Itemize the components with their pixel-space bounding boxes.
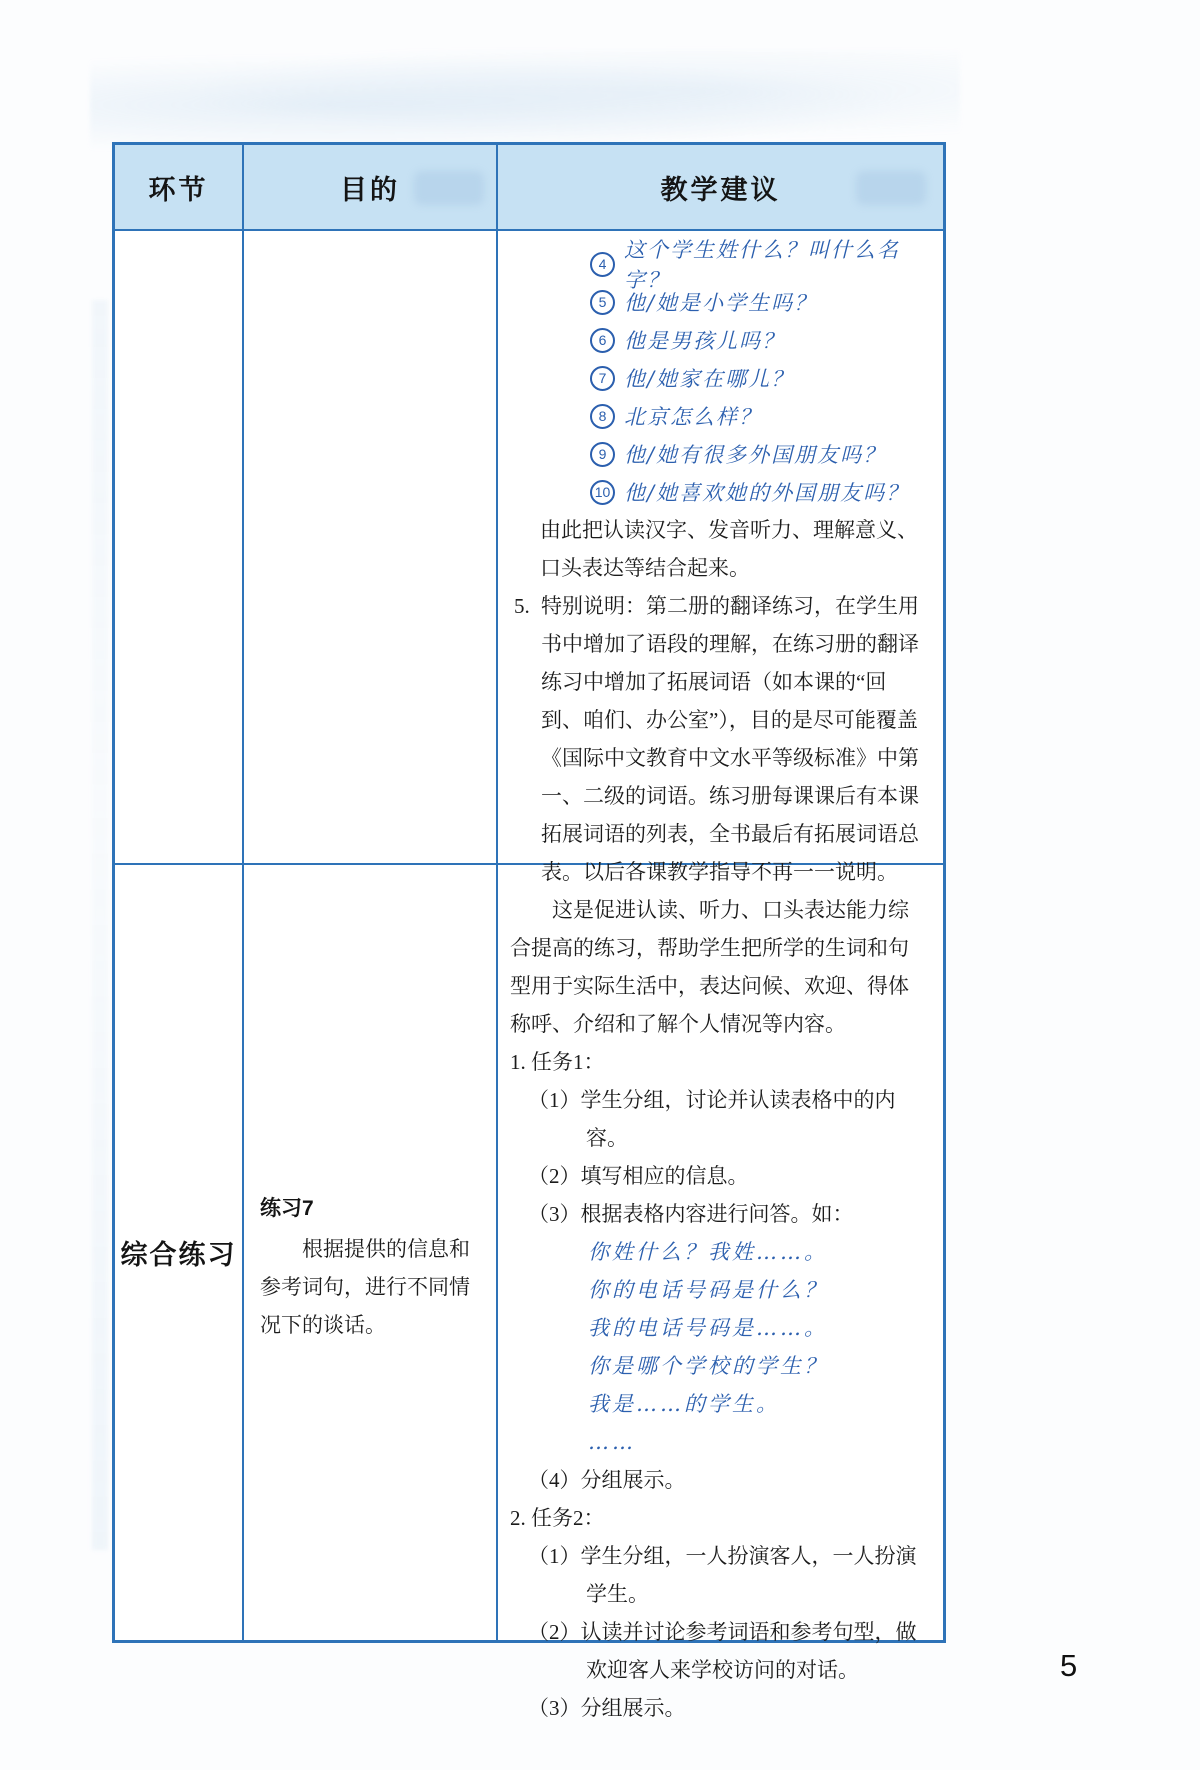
teaching-guide-table: 环节 目的 教学建议 4 这个学生姓什么？叫什么名字？ 5 他/她是小学生吗？ [112, 142, 946, 1643]
task1-step: （3）根据表格内容进行问答。如： [528, 1195, 929, 1233]
task1-step: （1）学生分组，讨论并认读表格中的内容。 [528, 1081, 929, 1157]
column-header-purpose-label: 目的 [340, 168, 400, 207]
example-sentence: 你姓什么？我姓……。 [588, 1233, 929, 1271]
purpose-cell-row1 [244, 231, 498, 865]
task1-step: （4）分组展示。 [528, 1461, 929, 1499]
question-text: 这个学生姓什么？叫什么名字？ [624, 234, 927, 294]
task2-step: （2）认读并讨论参考词语和参考句型，做欢迎客人来学校访问的对话。 [528, 1613, 929, 1689]
document-page: 环节 目的 教学建议 4 这个学生姓什么？叫什么名字？ 5 他/她是小学生吗？ [0, 0, 1200, 1770]
column-header-suggestions: 教学建议 [498, 145, 943, 231]
question-text: 北京怎么样？ [624, 401, 762, 431]
question-list: 4 这个学生姓什么？叫什么名字？ 5 他/她是小学生吗？ 6 他是男孩儿吗？ 7… [590, 245, 927, 511]
circled-number-icon: 4 [590, 252, 615, 277]
circled-number-icon: 9 [590, 442, 615, 467]
question-text: 他/她家在哪儿？ [624, 363, 794, 393]
circled-number-icon: 5 [590, 290, 615, 315]
scan-artifact [414, 171, 484, 205]
suggestions-cell-row1: 4 这个学生姓什么？叫什么名字？ 5 他/她是小学生吗？ 6 他是男孩儿吗？ 7… [498, 231, 943, 865]
question-text: 他/她有很多外国朋友吗？ [624, 439, 886, 469]
column-header-suggestions-label: 教学建议 [661, 168, 781, 207]
page-number: 5 [1060, 1648, 1077, 1684]
task2-label: 2. 任务2： [510, 1499, 929, 1537]
column-header-stage: 环节 [115, 145, 244, 231]
purpose-title: 练习7 [260, 1192, 484, 1222]
question-text: 他/她是小学生吗？ [624, 287, 817, 317]
question-item: 8 北京怎么样？ [590, 397, 927, 435]
stage-label: 综合练习 [121, 1233, 237, 1272]
task1-label: 1. 任务1： [510, 1043, 929, 1081]
question-item: 10 他/她喜欢她的外国朋友吗？ [590, 473, 927, 511]
circled-number-icon: 10 [590, 480, 615, 505]
purpose-text: 根据提供的信息和参考词句，进行不同情况下的谈话。 [260, 1230, 484, 1344]
column-header-stage-label: 环节 [149, 168, 209, 207]
circled-number-icon: 6 [590, 328, 615, 353]
scan-artifact [856, 171, 926, 205]
question-text: 他/她喜欢她的外国朋友吗？ [624, 477, 909, 507]
note-number: 5. [514, 587, 541, 891]
column-header-purpose: 目的 [244, 145, 498, 231]
note-text: 特别说明：第二册的翻译练习，在学生用书中增加了语段的理解，在练习册的翻译练习中增… [541, 587, 927, 891]
note-item: 5. 特别说明：第二册的翻译练习，在学生用书中增加了语段的理解，在练习册的翻译练… [514, 587, 927, 891]
stage-cell-row1 [115, 231, 244, 865]
question-item: 9 他/她有很多外国朋友吗？ [590, 435, 927, 473]
question-item: 6 他是男孩儿吗？ [590, 321, 927, 359]
purpose-cell-row2: 练习7 根据提供的信息和参考词句，进行不同情况下的谈话。 [244, 865, 498, 1640]
question-item: 7 他/她家在哪儿？ [590, 359, 927, 397]
task2-step: （1）学生分组，一人扮演客人，一人扮演学生。 [528, 1537, 929, 1613]
scan-artifact [90, 50, 960, 150]
question-text: 他是男孩儿吗？ [624, 325, 785, 355]
task1-step: （2）填写相应的信息。 [528, 1157, 929, 1195]
example-sentence: 你是哪个学校的学生？ [588, 1347, 929, 1385]
suggestions-cell-row2: 这是促进认读、听力、口头表达能力综合提高的练习，帮助学生把所学的生词和句型用于实… [498, 865, 943, 1640]
question-item: 4 这个学生姓什么？叫什么名字？ [590, 245, 927, 283]
circled-number-icon: 8 [590, 404, 615, 429]
example-sentence: 我是……的学生。 [588, 1385, 929, 1423]
task2-step: （3）分组展示。 [528, 1689, 929, 1727]
stage-cell-row2: 综合练习 [115, 865, 244, 1640]
circled-number-icon: 7 [590, 366, 615, 391]
example-sentence: …… [588, 1423, 929, 1461]
example-sentence: 我的电话号码是……。 [588, 1309, 929, 1347]
summary-paragraph: 由此把认读汉字、发音听力、理解意义、口头表达等结合起来。 [540, 511, 927, 587]
intro-paragraph: 这是促进认读、听力、口头表达能力综合提高的练习，帮助学生把所学的生词和句型用于实… [510, 891, 929, 1043]
example-sentence: 你的电话号码是什么？ [588, 1271, 929, 1309]
scan-artifact [92, 300, 108, 1550]
